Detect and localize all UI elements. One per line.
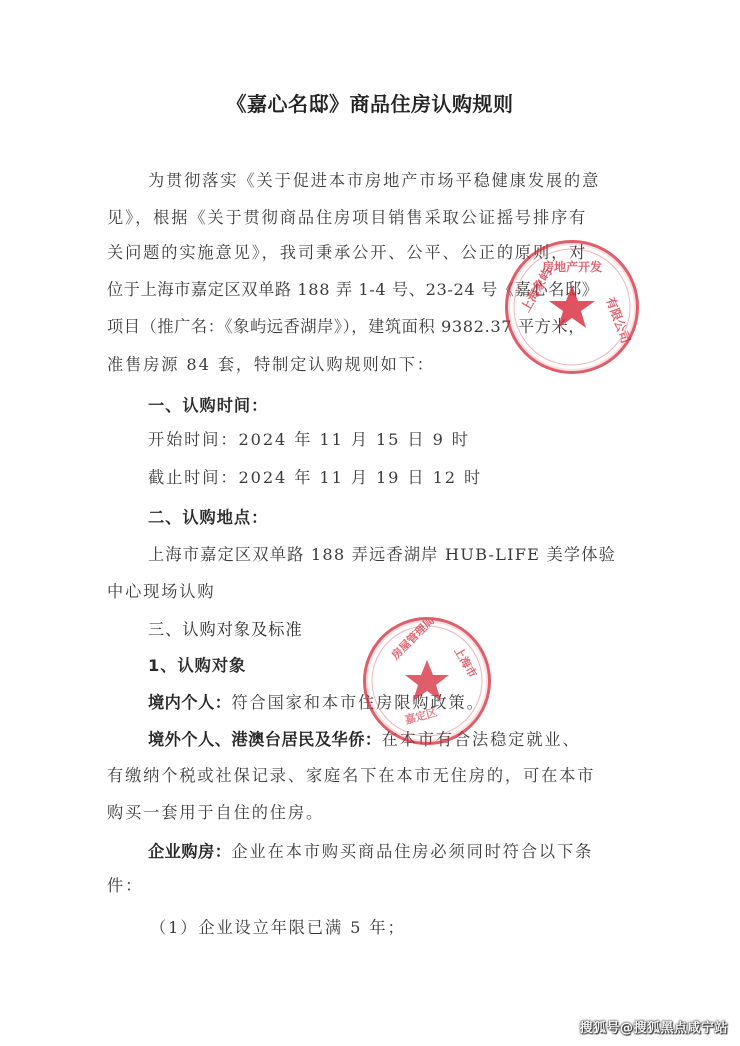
address-line-2: 中心现场认购 (107, 581, 659, 603)
section1-heading: 一、认购时间： (148, 395, 659, 417)
svg-text:嘉定区: 嘉定区 (403, 705, 438, 727)
enterprise-text-1: 企业在本市购买商品住房必须同时符合以下条 (231, 842, 593, 861)
document-title: 《嘉心名邸》商品住房认购规则 (0, 88, 740, 117)
svg-text:上海象屿: 上海象屿 (518, 265, 555, 314)
overseas-text-line-3: 购买一套用于自住的住房。 (107, 802, 659, 824)
svg-text:房屋管理局: 房屋管理局 (388, 620, 437, 663)
end-time-value: 2024 年 11 月 19 日 12 时 (238, 468, 482, 487)
seal-star-icon: 房屋管理局 上海市 嘉定区 (366, 620, 488, 742)
section2-heading: 二、认购地点： (148, 507, 659, 529)
start-time-label: 开始时间： (148, 430, 238, 449)
intro-line-2: 见》，根据《关于贯彻商品住房项目销售采取公证摇号排序有 (107, 207, 659, 229)
enterprise-row: 企业购房：企业在本市购买商品住房必须同时符合以下条 (148, 841, 659, 863)
end-time-label: 截止时间： (148, 468, 238, 487)
watermark-text: 搜狐号@搜狐黑点咸宁站 (579, 1017, 728, 1036)
enterprise-text-line-2: 件： (107, 875, 659, 897)
condition-1: （1）企业设立年限已满 5 年； (150, 917, 702, 939)
address-line-1: 上海市嘉定区双单路 188 弄远香湖岸 HUB-LIFE 美学体验 (148, 544, 659, 566)
domestic-label: 境内个人： (148, 693, 231, 712)
document-page: 《嘉心名邸》商品住房认购规则 为贯彻落实《关于促进本市房地产市场平稳健康发展的意… (0, 0, 740, 1046)
end-time-row: 截止时间：2024 年 11 月 19 日 12 时 (148, 467, 659, 489)
intro-line-1: 为贯彻落实《关于促进本市房地产市场平稳健康发展的意 (148, 170, 659, 192)
overseas-label: 境外个人、港澳台居民及华侨： (148, 730, 382, 749)
start-time-row: 开始时间：2024 年 11 月 15 日 9 时 (148, 429, 659, 451)
bureau-seal-stamp: 房屋管理局 上海市 嘉定区 (363, 617, 491, 745)
seal-star-icon: 房地产开发 上海象屿 有限公司 (508, 243, 636, 371)
start-time-value: 2024 年 11 月 15 日 9 时 (238, 430, 469, 449)
overseas-text-line-2: 有缴纳个税或社保记录、家庭名下在本市无住房的，可在本市 (107, 765, 659, 787)
company-seal-stamp: 房地产开发 上海象屿 有限公司 (505, 240, 639, 374)
svg-text:上海市: 上海市 (451, 645, 480, 681)
svg-text:有限公司: 有限公司 (603, 295, 634, 345)
enterprise-label: 企业购房： (148, 842, 231, 861)
